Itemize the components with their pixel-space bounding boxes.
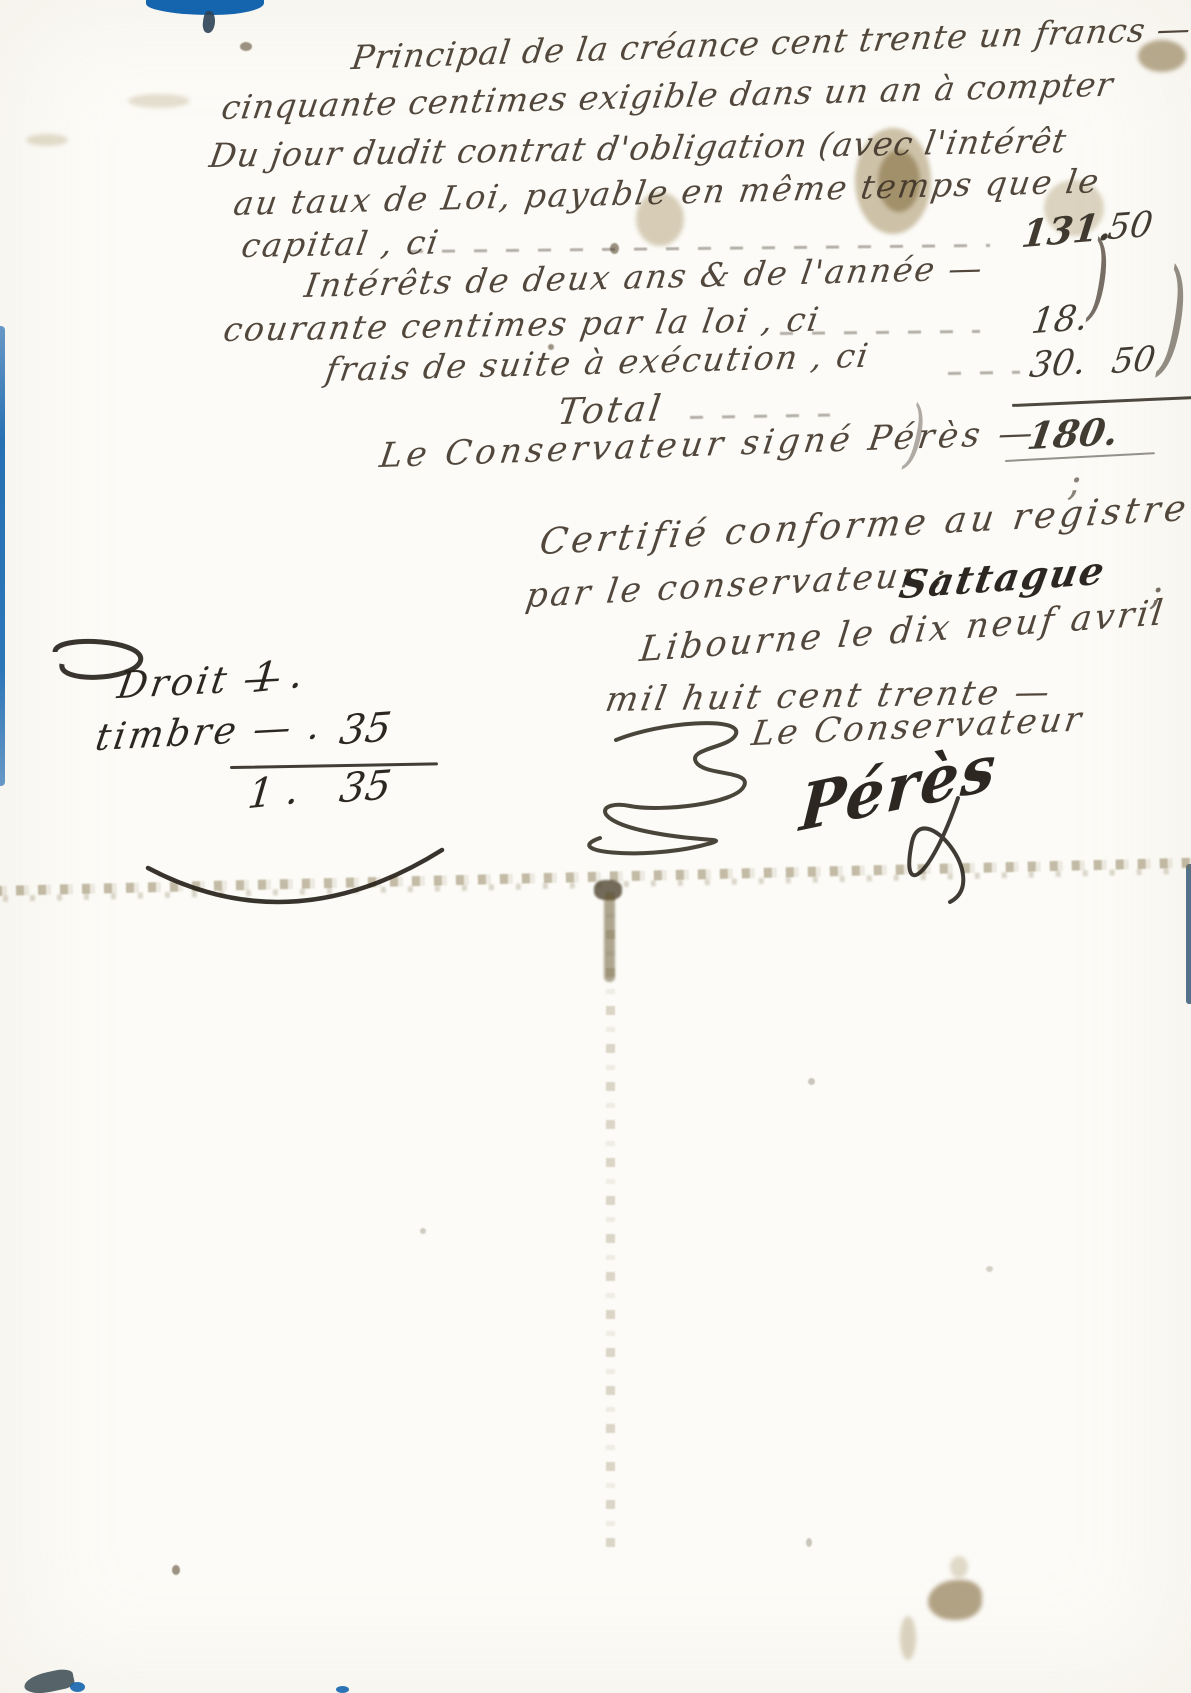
fee-sum-centimes: 35 bbox=[337, 762, 394, 812]
fee-droit-value: 1 . bbox=[250, 650, 306, 702]
scanned-document-page: Principal de la créance cent trente un f… bbox=[0, 0, 1191, 1693]
fee-timbre-value: 35 bbox=[337, 704, 394, 754]
fee-sum-units: 1 . bbox=[246, 766, 302, 818]
paraph-flourish bbox=[0, 0, 1191, 1693]
